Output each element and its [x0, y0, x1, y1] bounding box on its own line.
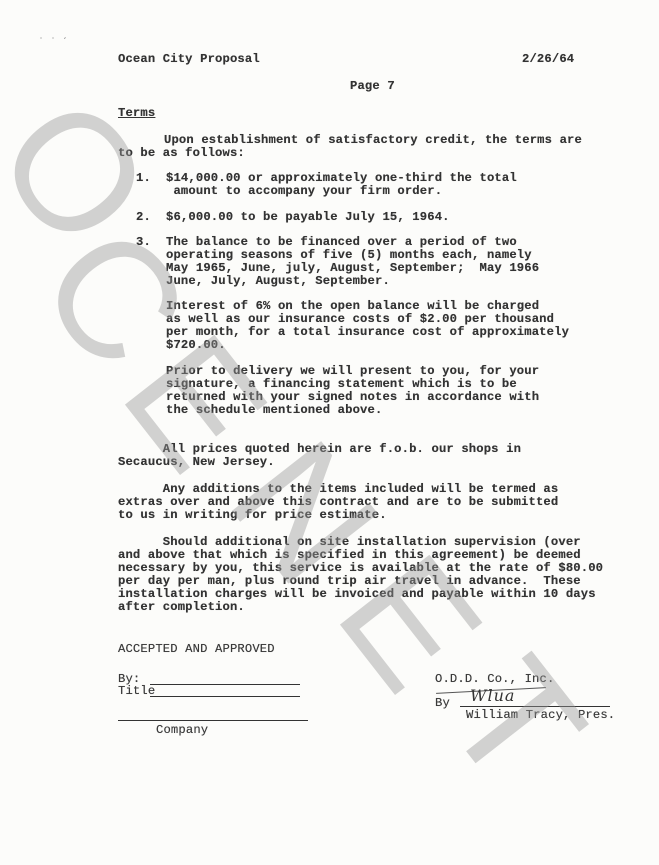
interest-line: $720.00. — [166, 339, 226, 352]
seller-company: O.D.D. Co., Inc. — [435, 673, 554, 686]
handwritten-signature: Wlua — [470, 686, 515, 705]
interest-line: per month, for a total insurance cost of… — [166, 326, 569, 339]
document-title: Ocean City Proposal — [118, 53, 260, 66]
term-number: 1. — [136, 172, 151, 185]
term-number: 2. — [136, 211, 151, 224]
fob-line: Secaucus, New Jersey. — [118, 456, 275, 469]
term-2-line: $6,000.00 to be payable July 15, 1964. — [166, 211, 450, 224]
seller-by-label: By — [435, 697, 450, 710]
company-label: Company — [156, 724, 208, 737]
additions-line: to us in writing for price estimate. — [118, 509, 387, 522]
supervision-line: after completion. — [118, 601, 245, 614]
by-signature-line[interactable] — [150, 684, 300, 685]
company-signature-line[interactable] — [118, 720, 308, 721]
term-3-line: June, July, August, September. — [166, 275, 390, 288]
section-heading: Terms — [118, 107, 155, 120]
document-page: ˙ ˙ ˊ Ocean City Proposal 2/26/64 Page 7… — [0, 0, 659, 865]
term-1-line: amount to accompany your firm order. — [166, 185, 442, 198]
seller-signer-name: William Tracy, Pres. — [466, 709, 615, 722]
page-number: Page 7 — [350, 80, 395, 93]
delivery-line: the schedule mentioned above. — [166, 404, 382, 417]
acceptance-heading: ACCEPTED AND APPROVED — [118, 643, 275, 656]
term-number: 3. — [136, 236, 151, 249]
scan-mark: ˙ ˙ ˊ — [38, 38, 68, 49]
intro-line-2: to be as follows: — [118, 147, 245, 160]
document-date: 2/26/64 — [522, 53, 574, 66]
title-signature-line[interactable] — [150, 696, 300, 697]
